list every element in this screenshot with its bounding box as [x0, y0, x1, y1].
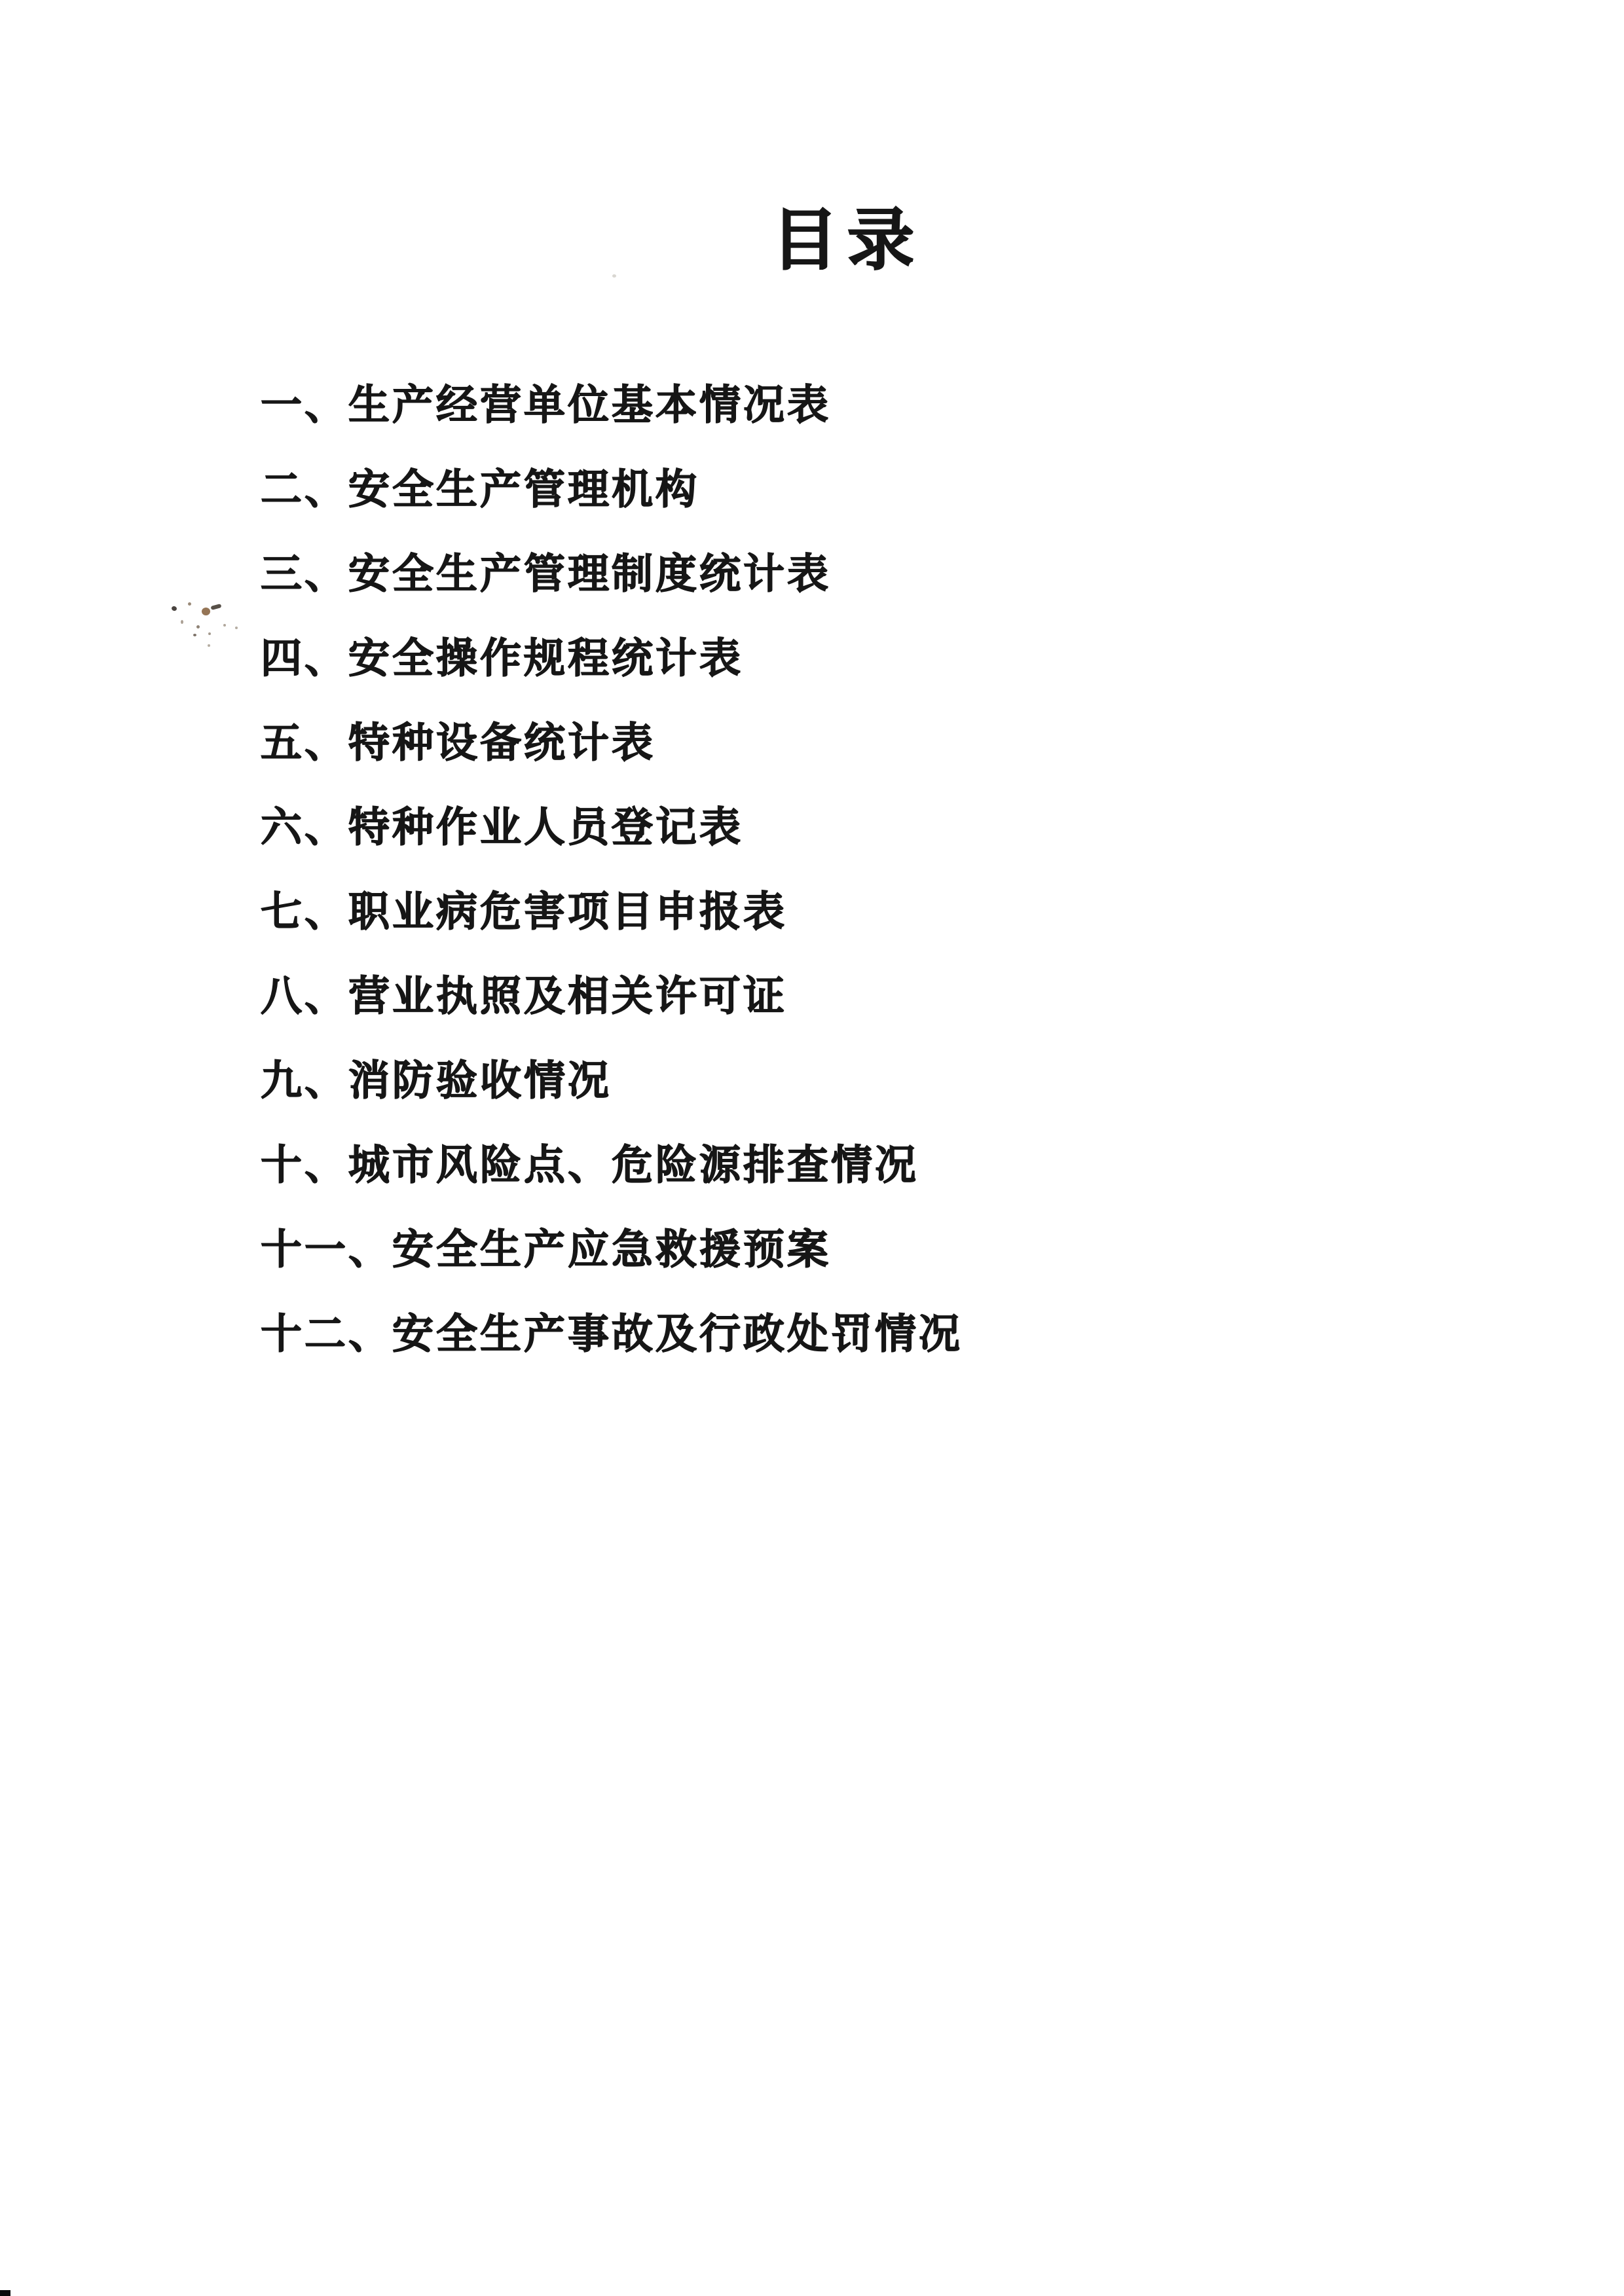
scan-speckle — [193, 634, 196, 636]
scan-speckle — [223, 624, 226, 627]
toc-list: 一、生产经营单位基本情况表 二、安全生产管理机构 三、安全生产管理制度统计表 四… — [261, 385, 963, 1355]
toc-item-1: 一、生产经营单位基本情况表 — [261, 385, 963, 426]
scan-speckle — [210, 604, 221, 610]
scan-speckle — [181, 620, 183, 624]
scan-speckle — [235, 627, 238, 629]
toc-item-5: 五、特种设备统计表 — [261, 723, 963, 764]
toc-item-9: 九、消防验收情况 — [261, 1061, 963, 1102]
toc-item-7: 七、职业病危害项目申报表 — [261, 892, 963, 933]
scan-dot — [612, 274, 616, 278]
scan-speckle — [208, 632, 211, 635]
toc-item-3: 三、安全生产管理制度统计表 — [261, 554, 963, 595]
toc-item-10: 十、城市风险点、危险源排查情况 — [261, 1145, 963, 1186]
scan-speckle — [188, 602, 191, 606]
toc-item-2: 二、安全生产管理机构 — [261, 469, 963, 511]
scan-edge-mark — [0, 2290, 10, 2296]
toc-item-6: 六、特种作业人员登记表 — [261, 807, 963, 848]
scanned-document-page: 目录 一、生产经营单位基本情况表 二、安全生产管理机构 三、安全生产管理制度统计… — [0, 0, 1624, 2296]
toc-item-4: 四、安全操作规程统计表 — [261, 638, 963, 680]
scan-speckle — [208, 644, 210, 647]
toc-item-11: 十一、安全生产应急救援预案 — [261, 1230, 963, 1271]
scan-speckle — [196, 625, 200, 629]
toc-item-8: 八、营业执照及相关许可证 — [261, 976, 963, 1017]
scan-speckle — [202, 608, 210, 615]
toc-item-12: 十二、安全生产事故及行政处罚情况 — [261, 1314, 963, 1355]
scan-speckle — [171, 606, 177, 611]
page-title: 目录 — [771, 207, 923, 274]
